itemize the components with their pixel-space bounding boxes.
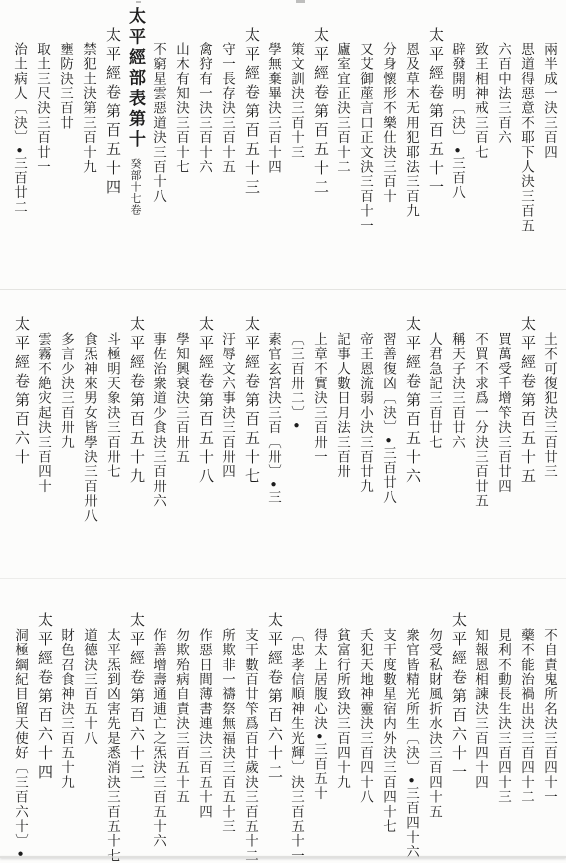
toc-entry-column: 稱天子決三百廿六 (446, 300, 469, 580)
toc-entry-column: 支干數百廿笇爲百廿歲決三百五十二 (239, 596, 262, 863)
volume-heading-column: 太平經卷第百六十 (9, 300, 32, 580)
toc-entry-column: 太平炁到凶害先是悉消決三百五十七 (101, 596, 124, 863)
collation-note-marker: ● (14, 145, 25, 156)
toc-entry-column: 壅防決三百廿 (54, 6, 77, 290)
toc-entry-column: 習善復凶〔決〕●三百廿八 (377, 300, 400, 580)
toc-entry-column: 〔三百卅二〕● (285, 300, 308, 580)
collation-note-marker: ● (268, 479, 279, 490)
toc-entry-column: 六百中法三百六 (492, 6, 515, 290)
toc-entry-column: 人君急記三百廿七 (423, 300, 446, 580)
toc-entry-column: 所欺非一禱祭無福決三百五十三 (216, 596, 239, 863)
toc-entry-column: 辟發開明〔決〕●三百八 (446, 6, 469, 290)
toc-entry-column: 分身懷形不樂仕決三百十 (377, 6, 400, 290)
part-subtitle: 癸部十七卷 (129, 158, 141, 216)
toc-entry-column: 不自責鬼所名決三百四十一 (538, 596, 561, 863)
toc-entry-column: 不買不求爲一分決三百廿五 (469, 300, 492, 580)
collation-note-marker: ● (383, 435, 394, 446)
toc-entry-column: 支干度數星宿内外決三百四十七 (377, 596, 400, 863)
toc-entry-column: 帝王恩流弱小決三百廿九 (354, 300, 377, 580)
collation-note-marker: ● (314, 731, 325, 742)
toc-entry-column: 策文訓決三百十三 (285, 6, 308, 290)
toc-entry-column: 汙辱文六事決三百卅四 (216, 300, 239, 580)
volume-heading-column: 太平經卷第百五十三 (239, 6, 262, 290)
volume-heading-column: 太平經卷第百五十五 (515, 300, 538, 580)
toc-entry-column: 不窮星雲惡道決三百十八 (147, 6, 170, 290)
collation-note-marker: ● (452, 145, 463, 156)
collation-note-marker: ● (406, 775, 417, 786)
toc-entry-column: 禽狩有一決三百十六 (193, 6, 216, 290)
toc-entry-column: 作惡日間薄書連決三百五十四 (193, 596, 216, 863)
toc-entry-column: 見利不動長生決三百四十三 (492, 596, 515, 863)
toc-entry-column: 財色召食神決三百五十九 (55, 596, 78, 863)
scan-seam-line (0, 578, 566, 579)
toc-entry-column: 學知興衰決三百卅五 (170, 300, 193, 580)
volume-heading-column: 太平經卷第百五十九 (124, 300, 147, 580)
toc-entry-column: 土不可復犯決三百廿三 (538, 300, 561, 580)
toc-entry-column: 買萬受千增笇決三百廿四 (492, 300, 515, 580)
toc-entry-column: 貧富行所致決三百四十九 (331, 596, 354, 863)
scanned-page: 兩半成一決三百四思道得惡意不耶下人決三百五六百中法三百六致王相神戒三百七辟發開明… (0, 0, 566, 863)
toc-entry-column: 廬室宜正決三百十二 (331, 6, 354, 290)
toc-entry-column: 禁犯土決第三百十九 (77, 6, 100, 290)
toc-entry-column: 又艾御蓙言口正文決三百十一 (354, 6, 377, 290)
toc-entry-column: 作善增壽通逋亡之炁決三百五十六 (147, 596, 170, 863)
toc-entry-column: 山木有知決三百十七 (170, 6, 193, 290)
part-header-column: 太平經部表第十癸部十七卷 (123, 6, 147, 290)
volume-heading-column: 太平經卷第百五十一 (423, 6, 446, 290)
volume-heading-column: 太平經卷第百五十七 (239, 300, 262, 580)
toc-entry-column: 思道得惡意不耶下人決三百五 (515, 6, 538, 290)
toc-entry-column: 學無棄畢決三百十四 (262, 6, 285, 290)
toc-entry-column: 得太上居腹心決●三百五十 (308, 596, 331, 863)
volume-heading-column: 太平經卷第百六十四 (32, 596, 55, 863)
toc-entry-column: 夭犯天地神靈決三百四十八 (354, 596, 377, 863)
scan-noise-speck (136, 1, 141, 3)
scan-bottom-edge-line (0, 856, 566, 858)
part-title: 太平經部表第十 (126, 7, 145, 151)
volume-heading-column: 太平經卷第百六十三 (124, 596, 147, 863)
toc-entry-column: 記事人數日月法三百卅 (331, 300, 354, 580)
toc-entry-column: 守一長存決三百十五 (216, 6, 239, 290)
volume-heading-column: 太平經卷第百五十六 (400, 300, 423, 580)
collation-note-marker: ● (291, 420, 302, 431)
toc-entry-column: 道德決三百五十八 (78, 596, 101, 863)
toc-entry-column: 治土病人〔決〕●三百廿二 (8, 6, 31, 290)
toc-band-middle: 土不可復犯決三百廿三太平經卷第百五十五買萬受千增笇決三百廿四不買不求爲一分決三百… (9, 300, 566, 580)
volume-heading-column: 太平經卷第百六十一 (446, 596, 469, 863)
volume-heading-column: 太平經卷第百五十二 (308, 6, 331, 290)
toc-band-top: 兩半成一決三百四思道得惡意不耶下人決三百五六百中法三百六致王相神戒三百七辟發開明… (8, 6, 566, 290)
toc-entry-column: 恩及草木无用犯耶法三百九 (400, 6, 423, 290)
toc-entry-column: 知報恩相諫決三百四十四 (469, 596, 492, 863)
toc-entry-column: 致王相神戒三百七 (469, 6, 492, 290)
scan-seam-line (0, 289, 566, 290)
volume-heading-column: 太平經卷第百五十八 (193, 300, 216, 580)
toc-entry-column: 事佐治衆道少食決三百卅六 (147, 300, 170, 580)
toc-entry-column: 〔忠孝信順神生光輝〕決三百五十一 (285, 596, 308, 863)
toc-entry-column: 斗極明天象決三百卅七 (101, 300, 124, 580)
toc-entry-column: 洞極綱紀目留天使好〔三百六十〕● (9, 596, 32, 863)
toc-entry-column: 素官玄宮決三百〔卅〕●三 (262, 300, 285, 580)
toc-entry-column: 勿受私財風折水決三百四十五 (423, 596, 446, 863)
toc-band-bottom: 不自責鬼所名決三百四十一藥不能治禍出決三百四十二見利不動長生決三百四十三知報恩相… (9, 596, 566, 863)
toc-entry-column: 多言少決三百卅九 (55, 300, 78, 580)
volume-heading-column: 太平經卷第百六十二 (262, 596, 285, 863)
toc-entry-column: 取土三尺決三百廿一 (31, 6, 54, 290)
toc-entry-column: 食炁神來男女皆學決三百卅八 (78, 300, 101, 580)
toc-entry-column: 藥不能治禍出決三百四十二 (515, 596, 538, 863)
volume-heading-column: 太平經卷第百五十四 (100, 6, 123, 290)
toc-entry-column: 勿欺殆病自責決三百五十五 (170, 596, 193, 863)
toc-entry-column: 衆官皆精光所生〔決〕●三百四十六 (400, 596, 423, 863)
toc-entry-column: 上章不實決三百卅一 (308, 300, 331, 580)
scan-noise-speck (296, 0, 305, 3)
toc-entry-column: 雲霧不絶灾起決三百四十 (32, 300, 55, 580)
toc-entry-column: 兩半成一決三百四 (538, 6, 561, 290)
